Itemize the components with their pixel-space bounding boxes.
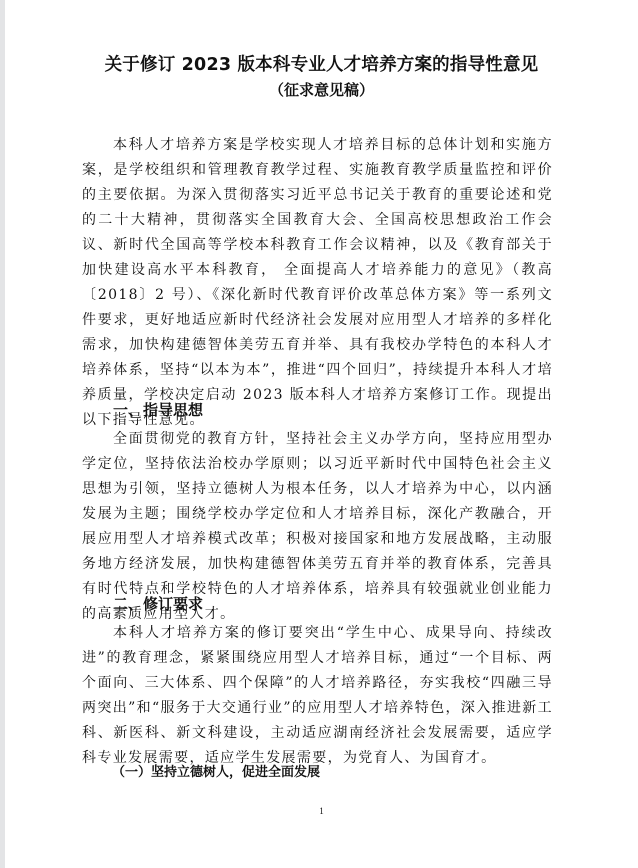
intro-paragraph: 本科人才培养方案是学校实现人才培养目标的总体计划和实施方案，是学校组织和管理教育… (82, 133, 553, 433)
document-title: 关于修订 2023 版本科专业人才培养方案的指导性意见 (5, 53, 638, 77)
subsection-heading-moral-education: （一）坚持立德树人，促进全面发展 (112, 763, 320, 783)
section-heading-guiding-ideology: 一、指导思想 (113, 399, 203, 421)
section-paragraph-revision-requirements: 本科人才培养方案的修订要突出“学生中心、成果导向、持续改进”的教育理念，紧紧围绕… (82, 621, 553, 771)
document-subtitle: （征求意见稿） (5, 79, 638, 101)
document-viewer: 关于修订 2023 版本科专业人才培养方案的指导性意见 （征求意见稿） 本科人才… (0, 0, 638, 868)
document-page: 关于修订 2023 版本科专业人才培养方案的指导性意见 （征求意见稿） 本科人才… (5, 0, 638, 868)
page-number: 1 (5, 804, 638, 818)
section-heading-revision-requirements: 二、修订要求 (113, 593, 203, 615)
